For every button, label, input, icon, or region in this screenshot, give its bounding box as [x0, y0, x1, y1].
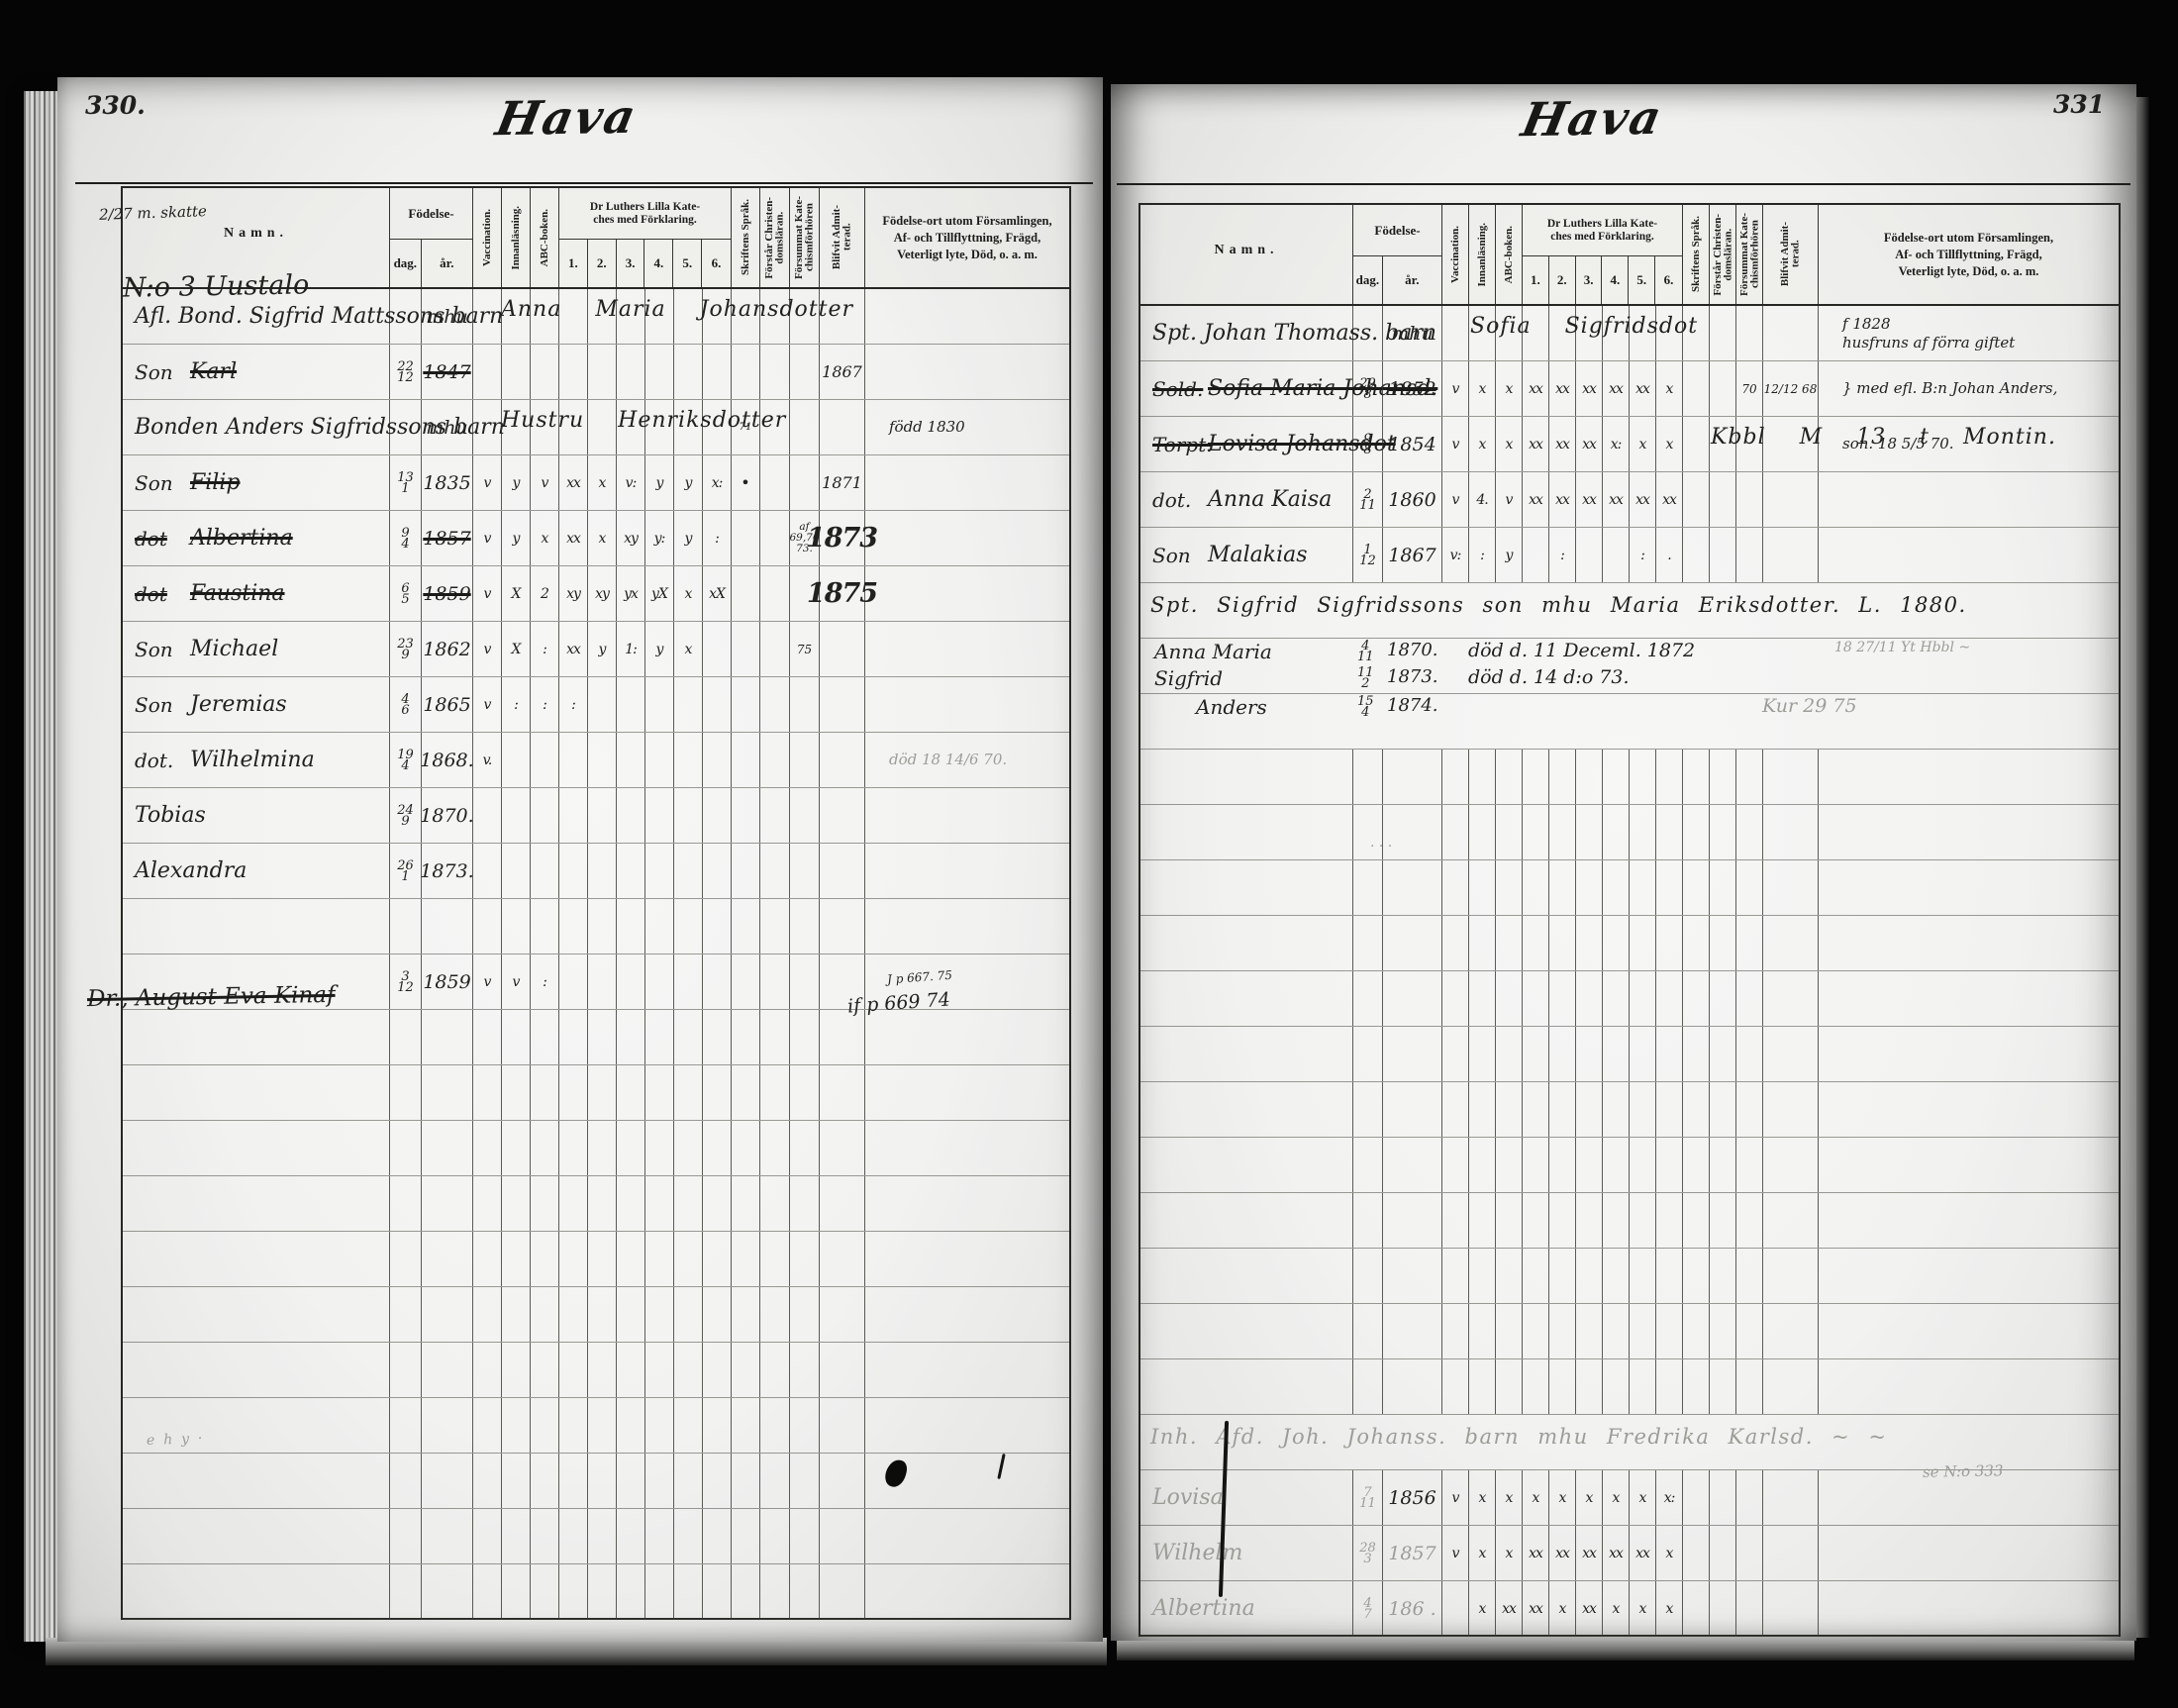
ledger-row [123, 1121, 1069, 1176]
cell-mark-k3 [1576, 750, 1603, 804]
ledger-row: Spt. Johan Thomass. barnmhuf 1828 husfru… [1140, 306, 2119, 361]
cell-fo [1710, 971, 1736, 1026]
cell-sk [1683, 472, 1710, 527]
cell-mark-k5 [1630, 916, 1656, 970]
cell-fo [760, 1343, 790, 1397]
cell-mark-k5 [1630, 1082, 1656, 1137]
cell-sk [1683, 971, 1710, 1026]
cell-mark-i [502, 1176, 531, 1231]
katekes-col-6: 6. [702, 240, 731, 287]
cell-mark-k2 [1549, 1359, 1576, 1414]
vaccination-text: Vaccination. [482, 209, 493, 266]
ledger-row [123, 1343, 1069, 1398]
cell-fu [790, 954, 820, 1009]
cell-mark-k4 [645, 677, 674, 732]
cell-mark-k6 [703, 1509, 732, 1563]
examination-mark: v [1452, 1490, 1459, 1506]
column-header-forsummat-katechismforhoren: Försummat Kate- chismförhören [790, 188, 820, 287]
examination-mark: : [543, 697, 546, 713]
cell-fo [760, 1121, 790, 1175]
cell-fo [760, 1287, 790, 1342]
cell-mark-k2 [588, 1121, 617, 1175]
cell-fo [1710, 1138, 1736, 1192]
cell-birth-year: 1859 [422, 954, 473, 1009]
ledger-row: Tobias2491870. [123, 788, 1069, 844]
ledger-header: Namn.Födelse-dag.år.Vaccination.Innanläs… [1140, 205, 2119, 306]
birth-day: 261 [397, 860, 414, 882]
birth-year: 1874. [1387, 695, 1438, 716]
examination-mark: v [1452, 381, 1459, 397]
cell-mark-v [1442, 1027, 1469, 1081]
cell-mark-k5 [1630, 1304, 1656, 1358]
cell-birth-year [422, 1121, 473, 1175]
cell-name [1140, 750, 1353, 804]
frac-bottom: 9 [401, 816, 409, 827]
cell-mark-k3 [617, 954, 645, 1009]
cell-fo [1710, 472, 1736, 527]
ledger-row: Afl. Bond. Sigfrid Mattssons barnmhuAnna… [123, 289, 1069, 345]
cell-mark-a [531, 1564, 559, 1619]
cell-name [1140, 1304, 1353, 1358]
birth-day: 154 [1357, 696, 1374, 718]
cell-birth-year: mhu [422, 289, 473, 344]
birth-year-text: mhu [1391, 323, 1434, 345]
ledger-row: Torpt.Lovisa Johansdot981854vxxxxxxxxx:x… [1140, 417, 2119, 472]
cell-remarks: född 1830 [865, 400, 1069, 454]
cell-ad [820, 1287, 865, 1342]
cell-fo [760, 733, 790, 787]
cell-fo [760, 1398, 790, 1453]
cell-name: Wilhelm [1140, 1526, 1353, 1580]
cell-birth-year [422, 1509, 473, 1563]
examination-mark: xx [1529, 492, 1542, 508]
cell-mark-i [502, 345, 531, 399]
cell-mark-k1 [559, 1176, 588, 1231]
cell-ad [1763, 1581, 1819, 1636]
examination-mark: xx [1555, 381, 1569, 397]
katekes-col-4: 4. [644, 240, 673, 287]
cell-mark-v: v: [1442, 528, 1469, 582]
name-column-label: Namn. [1140, 243, 1352, 258]
examination-mark: xx [1529, 1546, 1542, 1561]
cell-mark-k6: xx [1656, 472, 1683, 527]
cell-fu: 75 [790, 622, 820, 676]
cell-birth-day: 98 [1353, 417, 1383, 471]
birth-day-label: dag. [390, 240, 422, 287]
cell-fu [1736, 916, 1763, 970]
cell-mark-v [473, 1065, 502, 1120]
cell-mark-k1: xx [559, 455, 588, 510]
examination-mark: v [1452, 437, 1459, 452]
cell-mark-k6 [703, 844, 732, 898]
birth-year-text: 1856 [1388, 1487, 1435, 1509]
cell-mark-k6 [1656, 1027, 1683, 1081]
examination-mark: xx [1582, 437, 1596, 452]
cell-mark-v: v. [473, 733, 502, 787]
cell-sk [732, 899, 760, 954]
cell-mark-i: X [502, 622, 531, 676]
examination-mark: x: [1611, 437, 1622, 452]
cell-remarks [1819, 472, 2119, 527]
column-header-innanlasning: Innanläsning. [1469, 205, 1496, 304]
cell-mark-k3 [617, 1564, 645, 1619]
cell-fu [1736, 1581, 1763, 1636]
cell-name [1140, 1249, 1353, 1303]
examination-mark: xx [1609, 1546, 1623, 1561]
person-name: Albertina [1152, 1596, 1255, 1621]
cell-birth-year [422, 1010, 473, 1064]
note-ad: 1867 [822, 362, 862, 381]
cell-birth-year [1383, 971, 1442, 1026]
birth-year-text: mhu [426, 306, 468, 328]
relation-prefix: Son [1152, 544, 1208, 567]
cell-mark-i: 4. [1469, 472, 1496, 527]
birth-subheaders: dag.år. [390, 240, 472, 287]
cell-mark-i: x [1469, 1526, 1496, 1580]
cell-fo [1710, 361, 1736, 416]
examination-mark: xx [1582, 1546, 1596, 1561]
cell-mark-k5 [674, 899, 703, 954]
birth-day: 131 [397, 472, 414, 494]
cell-mark-k2 [1549, 1082, 1576, 1137]
cell-birth-year: 1856 [1383, 1470, 1442, 1525]
examination-mark: xy [566, 586, 580, 602]
examination-mark: v [484, 697, 491, 713]
examination-mark: x [1559, 1490, 1566, 1506]
birth-year-label: år. [422, 240, 472, 287]
skriftens-sprak-text: Skriftens Språk. [741, 199, 751, 275]
examination-mark: xx [1609, 381, 1623, 397]
ledger-row: Spt. Sigfrid Sigfridssons son mhu Maria … [1140, 583, 2119, 639]
examination-mark: . [1667, 548, 1670, 563]
column-header-skriftens-sprak-label: Skriftens Språk. [1683, 205, 1709, 304]
cell-mark-k6 [703, 1065, 732, 1120]
remark-text: f 1828 husfruns af förra giftet [1842, 315, 2015, 352]
remark-text: född 1830 [889, 418, 965, 437]
cell-mark-k1 [559, 1287, 588, 1342]
cell-mark-k4 [1603, 750, 1630, 804]
cell-birth-day [1353, 1359, 1383, 1414]
cell-birth-day [390, 1454, 422, 1508]
ledger-row [123, 1010, 1069, 1065]
remarks-column-label: Födelse-ort utom Församlingen, Af- och T… [865, 188, 1069, 287]
cell-mark-k1 [1523, 971, 1549, 1026]
cell-fo [760, 844, 790, 898]
cell-mark-k3: xx [1576, 472, 1603, 527]
cell-fu: 70 [1736, 361, 1763, 416]
ledger-row [1140, 860, 2119, 916]
ledger-row: 3121859vv: [123, 954, 1069, 1010]
cell-mark-k6: x: [1656, 1470, 1683, 1525]
cell-mark-v [473, 400, 502, 454]
cell-fu [1736, 1470, 1763, 1525]
spanning-entry: Kbbl M 13 t Montin. [1711, 425, 2056, 450]
cell-mark-k6 [703, 1176, 732, 1231]
cell-name: dot.Wilhelmina [123, 733, 390, 787]
examination-mark: v [513, 974, 520, 990]
column-header-name: Namn. [123, 188, 390, 287]
cell-mark-k1: xy [559, 566, 588, 621]
column-header-forsummat-katechismforhoren-label: Försummat Kate- chismförhören [790, 188, 819, 287]
cell-mark-k6 [703, 954, 732, 1009]
cell-mark-v: v [1442, 472, 1469, 527]
person-name: Sigfrid [1154, 666, 1223, 690]
examination-mark: xx [1609, 492, 1623, 508]
cell-mark-k2 [588, 899, 617, 954]
blifvit-admitterad-text: Blifvit Admit- terad. [1780, 222, 1801, 286]
cell-fu [1736, 1359, 1763, 1414]
cell-mark-k3 [1576, 1249, 1603, 1303]
examination-mark: : [1480, 548, 1484, 563]
ledger-row: Anna Maria4111870.död d. 11 Deceml. 1872… [1140, 639, 2119, 694]
column-header-innanlasning-label: Innanläsning. [502, 188, 530, 287]
cell-remarks [865, 1564, 1069, 1619]
examination-mark: : [1640, 548, 1644, 563]
examination-mark: y [513, 531, 520, 547]
birth-year-text: 1868. [420, 750, 473, 771]
ledger-row: Wilhelm2831857vxxxxxxxxxxxxx [1140, 1526, 2119, 1581]
cell-name: SonMalakias [1140, 528, 1353, 582]
column-header-remarks: Födelse-ort utom Församlingen, Af- och T… [1819, 205, 2119, 304]
cell-mark-k6 [703, 1398, 732, 1453]
remarks-column-label: Födelse-ort utom Församlingen, Af- och T… [1819, 205, 2119, 304]
cell-mark-k4 [645, 1287, 674, 1342]
cell-mark-a: x [1496, 1470, 1523, 1525]
column-header-skriftens-sprak: Skriftens Språk. [1683, 205, 1710, 304]
cell-mark-k5 [674, 1121, 703, 1175]
cell-mark-k4: xx [1603, 361, 1630, 416]
column-header-forstar-christendomslaran: Förstår Christen- domsläran. [1710, 205, 1736, 304]
cell-birth-day [1353, 1249, 1383, 1303]
cell-mark-a [531, 1343, 559, 1397]
cell-remarks [865, 511, 1069, 565]
cell-mark-k2: xy [588, 566, 617, 621]
cell-mark-k5 [674, 1287, 703, 1342]
cell-birth-day [390, 1176, 422, 1231]
column-header-remarks: Födelse-ort utom Församlingen, Af- och T… [865, 188, 1069, 287]
cell-birth-day [1353, 306, 1383, 360]
cell-mark-k2 [588, 1454, 617, 1508]
cell-mark-k3 [617, 1509, 645, 1563]
cell-remarks [865, 1343, 1069, 1397]
examination-mark: v [1452, 492, 1459, 508]
cell-mark-k6 [1656, 971, 1683, 1026]
cell-mark-v [473, 1121, 502, 1175]
cell-birth-day [390, 1065, 422, 1120]
cell-mark-k5 [1630, 1027, 1656, 1081]
cell-mark-i: x [1469, 1581, 1496, 1636]
examination-mark: x [1666, 1546, 1673, 1561]
cell-mark-k6 [703, 1010, 732, 1064]
cell-mark-i [502, 1509, 531, 1563]
cell-mark-k1 [559, 345, 588, 399]
cell-mark-v [1442, 1138, 1469, 1192]
cell-mark-k6 [703, 733, 732, 787]
cell-mark-k3 [617, 844, 645, 898]
examination-mark: xx [1502, 1601, 1516, 1617]
cell-mark-k2 [588, 345, 617, 399]
frac-bottom: 11 [1359, 1498, 1376, 1509]
examination-mark: x [1479, 1490, 1486, 1506]
examination-mark: v: [1450, 548, 1461, 563]
cell-ad: 12/12 68 [1763, 361, 1819, 416]
cell-fo [1710, 805, 1736, 859]
cell-mark-k1 [1523, 1359, 1549, 1414]
cell-mark-k2 [1549, 1193, 1576, 1248]
birth-day: 2212 [397, 361, 414, 383]
cell-remarks: f 1828 husfruns af förra giftet [1819, 306, 2119, 360]
cell-fo [760, 1564, 790, 1619]
birth-year-text: 186 . [1388, 1598, 1435, 1620]
cell-birth-day [1353, 805, 1383, 859]
cell-name [1140, 971, 1353, 1026]
cell-mark-k5 [674, 733, 703, 787]
cell-mark-k6: . [1656, 528, 1683, 582]
cell-mark-a: 2 [531, 566, 559, 621]
cell-mark-i [502, 1232, 531, 1286]
examination-mark: v [1506, 492, 1513, 508]
cell-fo [760, 899, 790, 954]
examination-mark: : [543, 974, 546, 990]
cell-birth-day: 711 [1353, 1470, 1383, 1525]
cell-mark-v [1442, 1082, 1469, 1137]
cell-mark-k2 [588, 1564, 617, 1619]
cell-mark-k3 [1576, 1082, 1603, 1137]
forstar-christendomslaran-text: Förstår Christen- domsläran. [1713, 214, 1733, 296]
frac-bottom: 12 [397, 982, 414, 993]
cell-mark-a [531, 733, 559, 787]
ledger-table-right: Namn.Födelse-dag.år.Vaccination.Innanläs… [1138, 203, 2121, 1637]
cell-mark-v: v [1442, 417, 1469, 471]
cell-name [123, 954, 390, 1009]
cell-mark-a: y [1496, 528, 1523, 582]
cell-birth-day: 298 [1353, 361, 1383, 416]
cell-mark-k6 [703, 677, 732, 732]
household-head-entry: Spt. Sigfrid Sigfridssons son mhu Maria … [1150, 593, 1967, 617]
examination-mark: x: [1664, 1490, 1675, 1506]
cell-ad [820, 844, 865, 898]
cell-mark-a [531, 1287, 559, 1342]
cell-sk [732, 345, 760, 399]
cell-mark-k6 [1656, 1138, 1683, 1192]
cell-sk [732, 677, 760, 732]
cell-mark-k4 [645, 1065, 674, 1120]
cell-mark-k1 [559, 954, 588, 1009]
cell-birth-year: 1867 [1383, 528, 1442, 582]
birth-year-text: 1859 [423, 971, 470, 993]
cell-ad [1763, 1193, 1819, 1248]
examination-mark: : [715, 531, 719, 547]
cell-sk [1683, 750, 1710, 804]
person-name: Wilhelm [1152, 1541, 1242, 1565]
cell-name [123, 1454, 390, 1508]
birth-day: 98 [1363, 434, 1371, 455]
cell-mark-v [1442, 860, 1469, 915]
examination-mark: x [1559, 1601, 1566, 1617]
cell-mark-a: : [531, 954, 559, 1009]
cell-fo [1710, 1304, 1736, 1358]
birth-year-text: 1852 [1388, 378, 1435, 400]
person-name: Malakias [1208, 543, 1308, 567]
cell-mark-k4 [645, 1121, 674, 1175]
katekes-col-6: 6. [1655, 256, 1682, 304]
relation-prefix: dot [135, 527, 190, 551]
examination-mark: xy [624, 531, 638, 547]
ledger-row [1140, 1193, 2119, 1249]
cell-mark-k6: x: [703, 455, 732, 510]
cell-remarks [865, 1509, 1069, 1563]
cell-mark-k3 [617, 1010, 645, 1064]
cell-fu [790, 1065, 820, 1120]
cell-name [123, 1176, 390, 1231]
cell-remarks [1819, 805, 2119, 859]
cell-ad [1763, 1027, 1819, 1081]
examination-mark: yX [651, 586, 667, 602]
cell-mark-k6 [1656, 750, 1683, 804]
cell-mark-k2: : [1549, 528, 1576, 582]
page-number-left: 330. [85, 91, 146, 120]
examination-mark: xx [1582, 492, 1596, 508]
cell-sk [1683, 361, 1710, 416]
cell-birth-day: 131 [390, 455, 422, 510]
examination-mark: 4. [1476, 492, 1487, 508]
remark: 18 27/11 Yt Hbbl ~ [1834, 640, 1970, 655]
cell-ad: 1871 [820, 455, 865, 510]
cell-mark-k4 [645, 1509, 674, 1563]
cell-ad [820, 1010, 865, 1064]
blifvit-admitterad-text: Blifvit Admit- terad. [832, 205, 852, 269]
cell-birth-day [1353, 971, 1383, 1026]
cell-mark-k4 [1603, 1359, 1630, 1414]
cell-remarks [1819, 1082, 2119, 1137]
cell-remarks [865, 844, 1069, 898]
cell-mark-k5: x [1630, 1581, 1656, 1636]
cell-mark-k2 [588, 1343, 617, 1397]
frac-bottom: 4 [1361, 707, 1369, 718]
cell-mark-i [1469, 916, 1496, 970]
cell-mark-k6 [703, 1232, 732, 1286]
cell-birth-day [390, 1010, 422, 1064]
frac-bottom: 12 [1359, 555, 1376, 566]
examination-mark: y [513, 475, 520, 491]
cell-mark-k4 [1603, 1249, 1630, 1303]
cell-mark-k2 [1549, 971, 1576, 1026]
cell-birth-year [422, 1065, 473, 1120]
cell-remarks [865, 1287, 1069, 1342]
cell-ad [820, 1121, 865, 1175]
cell-birth-year [1383, 1193, 1442, 1248]
ledger-row [1140, 1138, 2119, 1193]
cell-mark-i [502, 1010, 531, 1064]
cell-mark-a [1496, 805, 1523, 859]
cell-birth-day [1353, 750, 1383, 804]
ledger-row [1140, 916, 2119, 971]
cell-mark-k5: x [674, 622, 703, 676]
cell-mark-a [1496, 916, 1523, 970]
cell-ad [1763, 750, 1819, 804]
abc-boken-text: ABC-boken. [1504, 226, 1515, 283]
examination-mark: xx [1635, 381, 1649, 397]
cell-fu [790, 455, 820, 510]
cell-ad [1763, 1359, 1819, 1414]
cell-birth-year [422, 1232, 473, 1286]
cell-mark-k4 [645, 1398, 674, 1453]
cell-sk [732, 1232, 760, 1286]
cell-mark-v [473, 899, 502, 954]
cell-birth-year: 186 . [1383, 1581, 1442, 1636]
cell-mark-v [473, 1287, 502, 1342]
cell-birth-day [390, 400, 422, 454]
